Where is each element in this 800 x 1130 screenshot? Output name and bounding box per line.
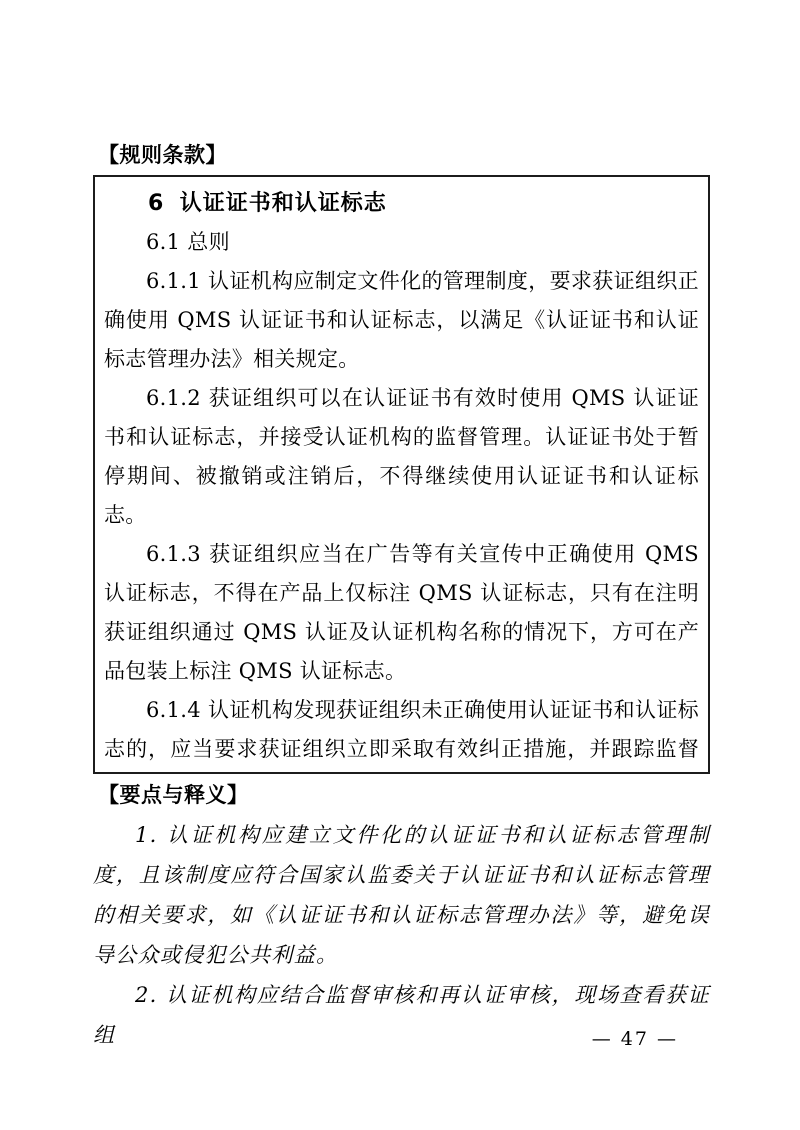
chapter-heading: 6认证证书和认证标志 xyxy=(104,184,699,223)
rule-clauses-box: 6认证证书和认证标志 6.1 总则 6.1.1 认证机构应制定文件化的管理制度，… xyxy=(93,175,710,774)
clause-id: 6.1.4 xyxy=(146,698,201,722)
section-heading: 6.1 总则 xyxy=(104,223,699,262)
clause-id: 6.1.1 xyxy=(146,269,201,293)
chapter-number: 6 xyxy=(148,191,164,216)
rules-section-label: 【规则条款】 xyxy=(98,143,710,168)
clause-6-1-4: 6.1.4 认证机构发现获证组织未正确使用认证证书和认证标志的，应当要求获证组织… xyxy=(104,691,699,774)
chapter-title: 认证证书和认证标志 xyxy=(180,191,387,216)
clause-6-1-3: 6.1.3 获证组织应当在广告等有关宣传中正确使用 QMS 认证标志，不得在产品… xyxy=(104,535,699,691)
point-number: 2. xyxy=(135,983,158,1007)
clause-6-1-1: 6.1.1 认证机构应制定文件化的管理制度，要求获证组织正确使用 QMS 认证证… xyxy=(104,262,699,379)
interpretation-point-1: 1. 认证机构应建立文件化的认证证书和认证标志管理制度，且该制度应符合国家认监委… xyxy=(93,815,710,975)
page-content: 【规则条款】 6认证证书和认证标志 6.1 总则 6.1.1 认证机构应制定文件… xyxy=(93,143,710,1055)
page-number: — 47 — xyxy=(592,1028,678,1050)
clause-6-1-2: 6.1.2 获证组织可以在认证证书有效时使用 QMS 认证证书和认证标志，并接受… xyxy=(104,379,699,535)
point-number: 1. xyxy=(135,823,158,847)
interpretation-section-label: 【要点与释义】 xyxy=(98,783,710,808)
point-text: 认证机构应建立文件化的认证证书和认证标志管理制度，且该制度应符合国家认监委关于认… xyxy=(93,823,710,967)
document-page: 【规则条款】 6认证证书和认证标志 6.1 总则 6.1.1 认证机构应制定文件… xyxy=(0,0,800,1130)
clause-id: 6.1.3 xyxy=(146,542,201,566)
clause-id: 6.1.2 xyxy=(146,386,201,410)
